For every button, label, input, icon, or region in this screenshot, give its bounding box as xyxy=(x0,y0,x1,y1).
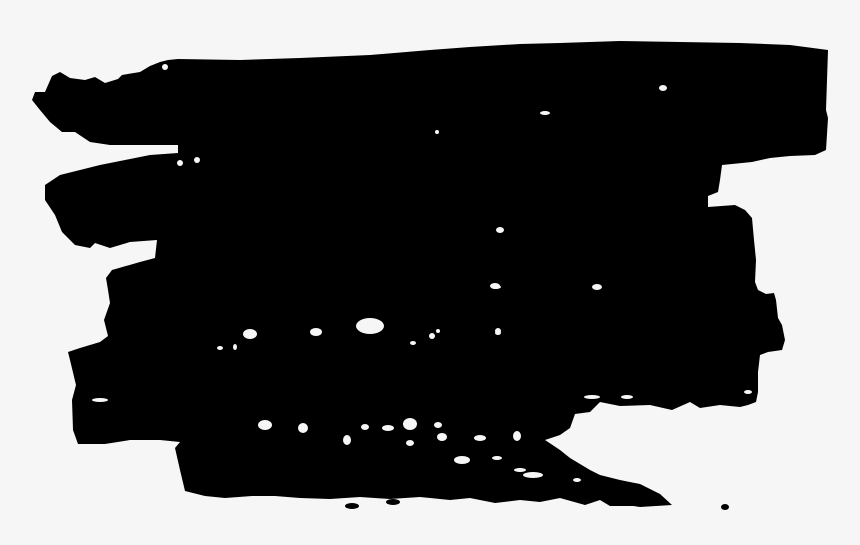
brush-stroke-image xyxy=(0,0,860,545)
